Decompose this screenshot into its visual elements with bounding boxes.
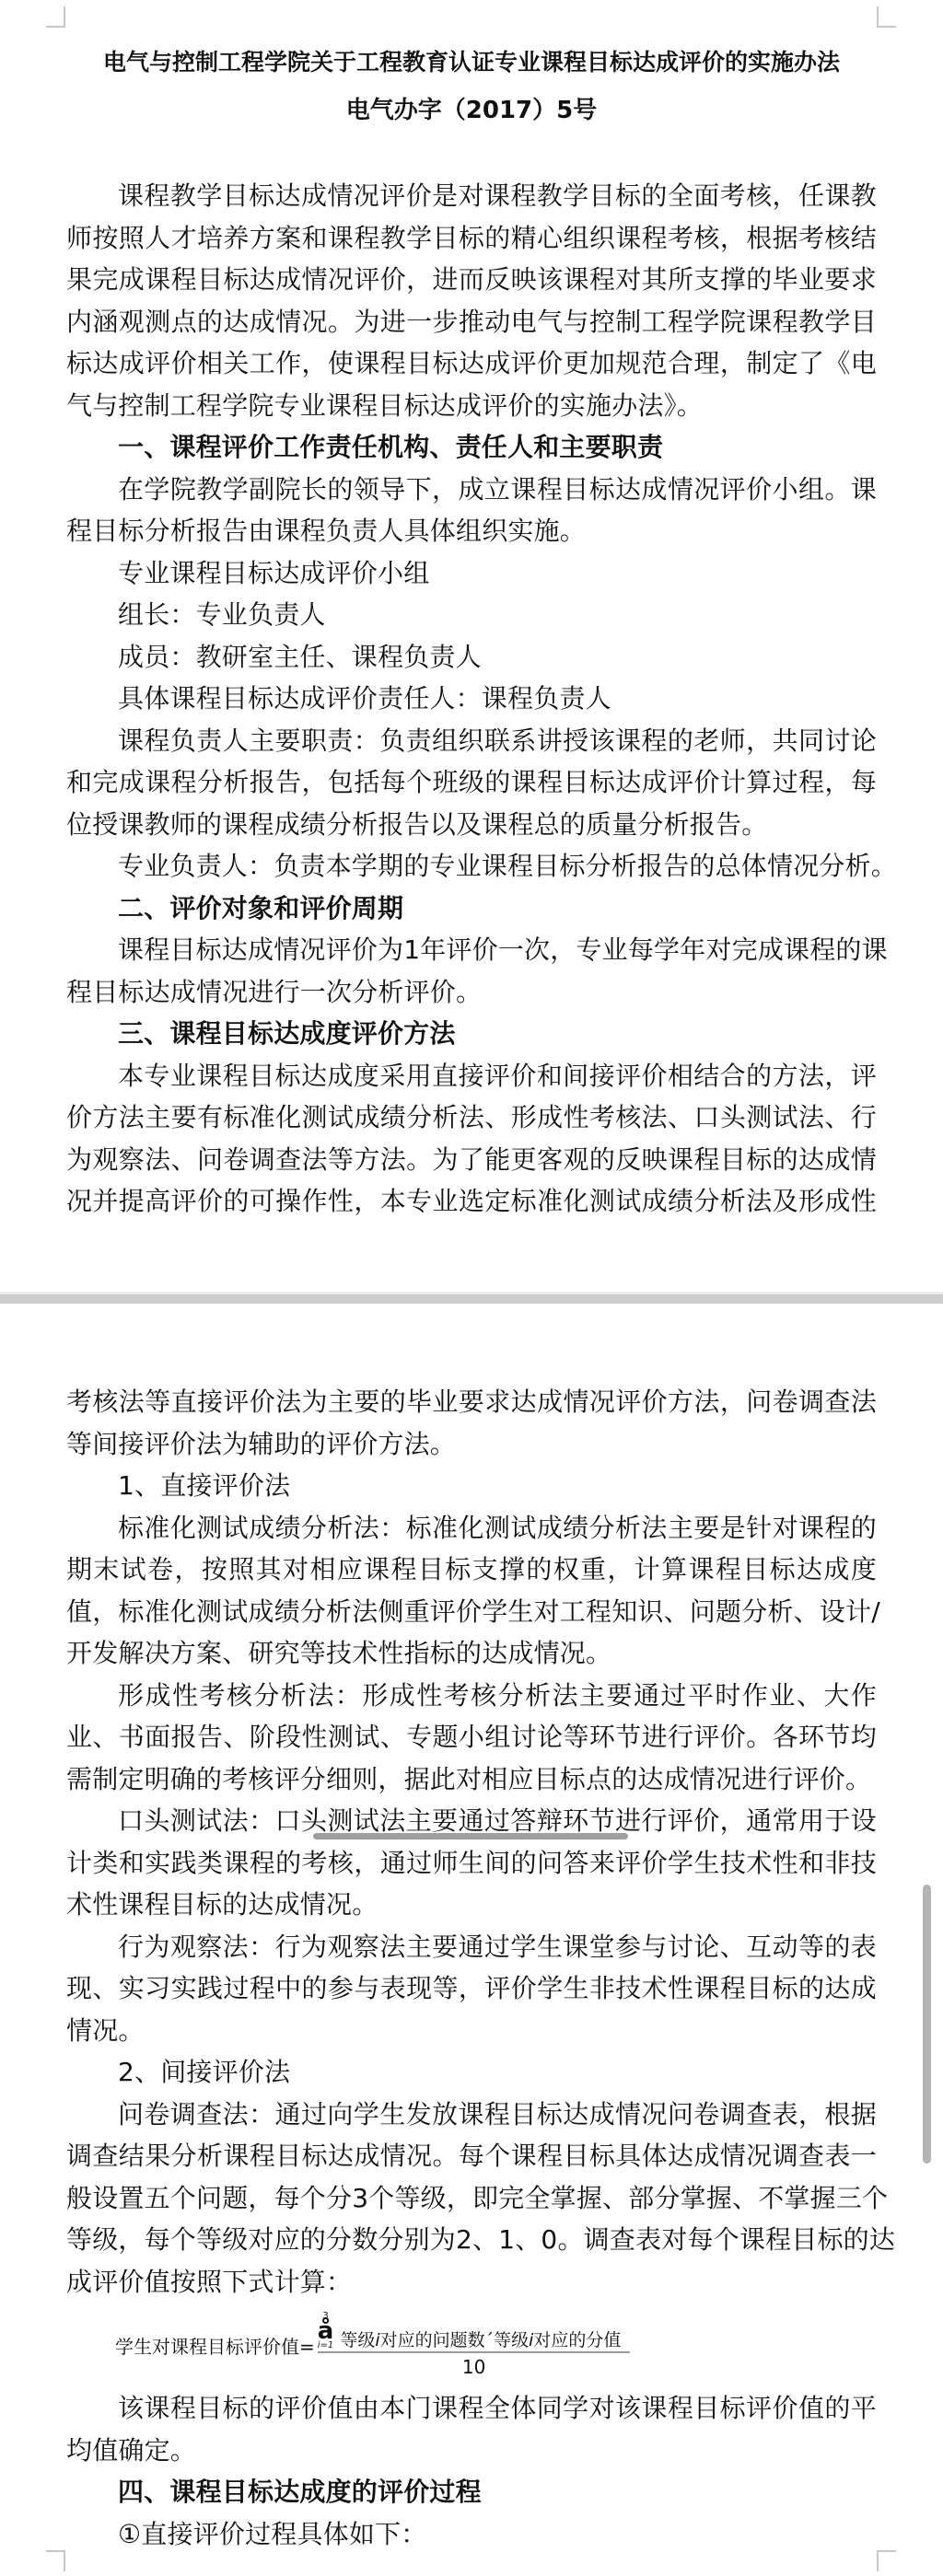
body-line: 需制定明确的考核评分细则，据此对相应目标点的达成情况进行评价。 <box>66 1758 877 1801</box>
page-1: 电气与控制工程学院关于工程教育认证专业课程目标达成评价的实施办法电气办字（201… <box>0 0 943 1292</box>
body-line: 等间接评价法为辅助的评价方法。 <box>66 1423 877 1466</box>
body-line: 考核法等直接评价法为主要的毕业要求达成情况评价方法，问卷调查法 <box>66 1381 877 1423</box>
body-line: 程目标分析报告由课程负责人具体组织实施。 <box>66 510 877 552</box>
body-line: 师按照人才培养方案和课程教学目标的精心组织课程考核，根据考核结 <box>66 217 877 260</box>
body-line: 等级，每个等级对应的分数分别为2、1、0。调查表对每个课程目标的达 <box>66 2219 877 2261</box>
section-heading: 一、课程评价工作责任机构、责任人和主要职责 <box>66 426 877 469</box>
body-line: 2、间接评价法 <box>66 2051 877 2094</box>
body-line: 问卷调查法：通过向学生发放课程目标达成情况问卷调查表，根据 <box>66 2094 877 2136</box>
numerator-text: 对应的问题数 <box>380 2330 485 2350</box>
body-line: 成员：教研室主任、课程负责人 <box>66 636 877 679</box>
numerator-text: 对应的分值 <box>533 2330 621 2350</box>
body-line: 成评价值按照下式计算： <box>66 2261 877 2303</box>
scrollbar-thumb[interactable] <box>923 1885 931 2164</box>
body-line: 果完成课程目标达成情况评价，进而反映该课程对其所支撑的毕业要求 <box>66 259 877 301</box>
body-line: 专业负责人：负责本学期的专业课程目标分析报告的总体情况分析。 <box>66 845 877 888</box>
margin-mark-top-right-icon <box>877 6 896 28</box>
sum-lower-limit: i=1 <box>318 2341 334 2350</box>
document-title: 电气与控制工程学院关于工程教育认证专业课程目标达成评价的实施办法 <box>66 37 877 87</box>
body-line: 课程教学目标达成情况评价是对课程教学目标的全面考核，任课教 <box>66 175 877 217</box>
body-line: 程目标达成情况进行一次分析评价。 <box>66 971 877 1014</box>
body-line: 1、直接评价法 <box>66 1465 877 1507</box>
section-heading: 三、课程目标达成度评价方法 <box>66 1013 877 1055</box>
body-line: 为观察法、问卷调查法等方法。为了能更客观的反映课程目标的达成情 <box>66 1139 877 1181</box>
body-line: 本专业课程目标达成度采用直接评价和间接评价相结合的方法，评 <box>66 1055 877 1097</box>
body-line: 内涵观测点的达成情况。为进一步推动电气与控制工程学院课程教学目 <box>66 301 877 343</box>
margin-mark-bottom-right-icon <box>877 2550 896 2571</box>
body-line: 该课程目标的评价值由本门课程全体同学对该课程目标评价值的平 <box>66 2387 877 2430</box>
gray-highlight-bar <box>313 1833 628 1839</box>
section-heading: 四、课程目标达成度的评价过程 <box>66 2471 877 2513</box>
body-line: 位授课教师的课程成绩分析报告以及课程总的质量分析报告。 <box>66 804 877 846</box>
body-line: 术性课程目标的达成情况。 <box>66 1884 877 1926</box>
page-2-content: 考核法等直接评价法为主要的毕业要求达成情况评价方法，问卷调查法等间接评价法为辅助… <box>66 1381 877 2555</box>
doc-number: 电气办字（2017）5号 <box>66 87 877 133</box>
page-separator <box>0 1294 943 1304</box>
spacer <box>66 133 877 175</box>
sigma-glyph: å <box>318 2321 334 2341</box>
numerator-text: ´ <box>485 2330 495 2350</box>
body-line: 价方法主要有标准化测试成绩分析法、形成性考核法、口头测试法、行 <box>66 1097 877 1139</box>
numerator-text: 等级 <box>494 2330 529 2350</box>
sum-symbol: 3åi=1 <box>318 2312 334 2350</box>
numerator-text: 等级 <box>340 2330 375 2350</box>
body-line: 气与控制工程学院专业课程目标达成评价的实施办法》。 <box>66 385 877 427</box>
body-line: 情况。 <box>66 2010 877 2052</box>
body-line: 标达成评价相关工作，使课程目标达成评价更加规范合理，制定了《电 <box>66 342 877 385</box>
body-line: 计类和实践类课程的考核，通过师生间的问答来评价学生技术性和非技 <box>66 1842 877 1885</box>
body-line: 行为观察法：行为观察法主要通过学生课堂参与讨论、互动等的表 <box>66 1926 877 1968</box>
body-line: 课程负责人主要职责：负责组织联系讲授该课程的老师，共同讨论 <box>66 720 877 762</box>
body-line: 均值确定。 <box>66 2430 877 2472</box>
body-line: 业、书面报告、阶段性测试、专题小组讨论等环节进行评价。各环节均 <box>66 1716 877 1758</box>
body-line: 现、实习实践过程中的参与表现等，评价学生非技术性课程目标的达成 <box>66 1967 877 2010</box>
body-line: 形成性考核分析法：形成性考核分析法主要通过平时作业、大作 <box>66 1675 877 1717</box>
body-line: 具体课程目标达成评价责任人：课程负责人 <box>66 678 877 720</box>
fraction-denominator: 10 <box>462 2353 485 2378</box>
body-line: 调查结果分析课程目标达成情况。每个课程目标具体达成情况调查表一 <box>66 2135 877 2177</box>
body-line: 和完成课程分析报告，包括每个班级的课程目标达成评价计算过程，每 <box>66 761 877 804</box>
evaluation-formula: 学生对课程目标评价值=3åi=1等级i对应的问题数´等级i对应的分值10 <box>66 2303 877 2387</box>
page-1-content: 电气与控制工程学院关于工程教育认证专业课程目标达成评价的实施办法电气办字（201… <box>66 37 877 1223</box>
formula-label: 学生对课程目标评价值= <box>115 2332 315 2359</box>
margin-mark-top-left-icon <box>46 6 65 28</box>
margin-mark-bottom-left-icon <box>46 2550 65 2571</box>
body-line: 组长：专业负责人 <box>66 594 877 636</box>
body-line: 标准化测试成绩分析法：标准化测试成绩分析法主要是针对课程的 <box>66 1507 877 1549</box>
section-heading: 二、评价对象和评价周期 <box>66 888 877 930</box>
body-line: ①直接评价过程具体如下： <box>66 2513 877 2556</box>
body-line: 值，标准化测试成绩分析法侧重评价学生对工程知识、问题分析、设计/ <box>66 1591 877 1633</box>
body-line: 期末试卷，按照其对相应课程目标支撑的权重，计算课程目标达成度 <box>66 1549 877 1591</box>
body-line: 课程目标达成情况评价为1年评价一次，专业每学年对完成课程的课 <box>66 929 877 971</box>
body-line: 在学院教学副院长的领导下，成立课程目标达成情况评价小组。课 <box>66 469 877 511</box>
fraction-numerator: 3åi=1等级i对应的问题数´等级i对应的分值 <box>318 2312 631 2351</box>
body-line: 般设置五个问题，每个分3个等级，即完全掌握、部分掌握、不掌握三个 <box>66 2177 877 2220</box>
body-line: 况并提高评价的可操作性，本专业选定标准化测试成绩分析法及形成性 <box>66 1180 877 1223</box>
document-viewer: 电气与控制工程学院关于工程教育认证专业课程目标达成评价的实施办法电气办字（201… <box>0 0 943 2576</box>
body-line: 开发解决方案、研究等技术性指标的达成情况。 <box>66 1632 877 1675</box>
fraction: 3åi=1等级i对应的问题数´等级i对应的分值10 <box>318 2312 631 2378</box>
page-2: 考核法等直接评价法为主要的毕业要求达成情况评价方法，问卷调查法等间接评价法为辅助… <box>0 1304 943 2576</box>
body-line: 专业课程目标达成评价小组 <box>66 552 877 595</box>
